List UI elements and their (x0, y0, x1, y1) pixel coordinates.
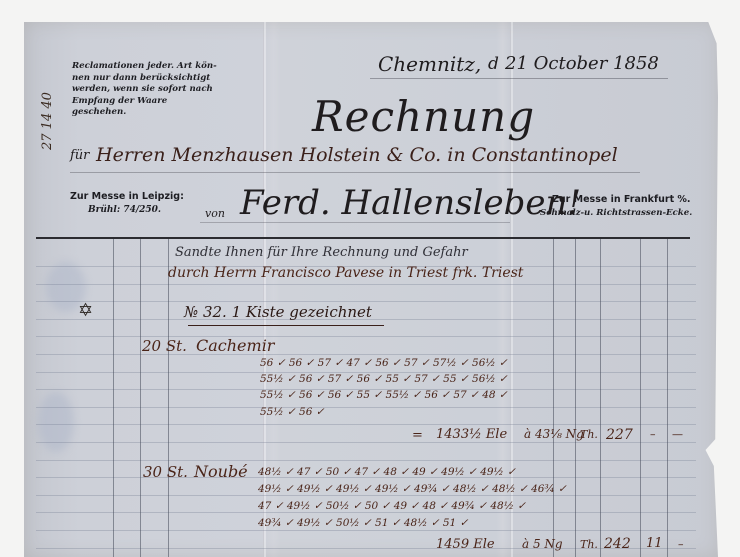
measure-line: 55½ ✓ 56 ✓ (260, 406, 325, 418)
measure-line: 49¾ ✓ 49½ ✓ 50½ ✓ 51 ✓ 48½ ✓ 51 ✓ (258, 517, 468, 529)
header-rule (36, 237, 690, 239)
column-line (168, 239, 169, 557)
ruled-line (36, 336, 696, 337)
notice-line: nen nur dann berücksichtigt (72, 73, 222, 85)
paper-stain (38, 392, 74, 452)
invoice-title: Rechnung (312, 92, 535, 141)
column-line (575, 239, 576, 557)
date-underline (370, 78, 668, 79)
column-line (553, 239, 554, 557)
ruled-line (36, 354, 696, 355)
sender-underline (200, 222, 510, 223)
date-prefix: d (488, 54, 499, 74)
item-currency: Th. (580, 428, 598, 441)
total-equals: = (412, 428, 423, 443)
column-line (640, 239, 641, 557)
ruled-line (36, 284, 696, 285)
column-line (113, 239, 114, 557)
column-line (140, 239, 141, 557)
reclamation-notice: Reclamationen jeder. Art kön- nen nur da… (72, 61, 222, 119)
column-line (667, 239, 668, 557)
sender-name: Ferd. Hallensleben! (240, 183, 581, 223)
item-amount: 227 (606, 427, 633, 443)
item-dash: — (672, 428, 683, 441)
measure-line: 47 ✓ 49½ ✓ 50½ ✓ 50 ✓ 49 ✓ 48 ✓ 49¾ ✓ 48… (258, 500, 526, 512)
package-underline (188, 325, 384, 326)
item-currency: Th. (580, 538, 598, 551)
shipment-intro: Sandte Ihnen für Ihre Rechnung und Gefah… (175, 245, 468, 260)
ruled-line (36, 407, 696, 408)
item-total-length: 1433½ Ele (436, 427, 507, 442)
recipient-underline (70, 172, 640, 173)
measure-line: 55½ ✓ 56 ✓ 57 ✓ 56 ✓ 55 ✓ 57 ✓ 55 ✓ 56½ … (260, 373, 508, 385)
ruled-line (36, 442, 696, 443)
sender-prefix: von (205, 207, 225, 220)
item-dash: – (678, 538, 684, 551)
item-amount: 242 (604, 536, 631, 552)
item-name: Cachemir (196, 336, 274, 355)
notice-line: Empfang der Waare geschehen. (72, 96, 222, 119)
shipping-route: durch Herrn Francisco Pavese in Triest f… (168, 265, 523, 281)
ruled-line (36, 512, 696, 513)
item-amount-sub: 11 (646, 536, 663, 551)
notice-line: werden, wenn sie sofort nach (72, 84, 222, 96)
ruled-line (36, 301, 696, 302)
margin-note: 27 14 40 (40, 92, 55, 150)
leipzig-fair-label: Zur Messe in Leipzig: (70, 191, 184, 202)
notice-line: Reclamationen jeder. Art kön- (72, 61, 222, 73)
item-name: Noubé (194, 462, 248, 481)
measure-line: 56 ✓ 56 ✓ 57 ✓ 47 ✓ 56 ✓ 57 ✓ 57½ ✓ 56½ … (260, 357, 508, 369)
item-rate: à 5 Ng (522, 537, 563, 551)
invoice-date: 21 October 1858 (505, 53, 659, 74)
ruled-line (36, 495, 696, 496)
ruled-line (36, 530, 696, 531)
leipzig-fair-address: Brühl: 74/250. (88, 205, 161, 215)
item-amount-sub: – (650, 428, 656, 441)
recipient-prefix: für (70, 148, 89, 163)
item-rate: à 43⅛ Ng (524, 427, 584, 441)
measure-line: 55½ ✓ 56 ✓ 56 ✓ 55 ✓ 55½ ✓ 56 ✓ 57 ✓ 48 … (260, 389, 508, 401)
star-mark: ✡ (78, 300, 93, 321)
recipient-name: Herren Menzhausen Holstein & Co. in Cons… (96, 144, 618, 166)
item-qty: 30 St. (143, 463, 188, 481)
item-qty: 20 St. (142, 337, 187, 355)
ruled-line (36, 460, 696, 461)
package-number: № 32. 1 Kiste gezeichnet (184, 303, 372, 321)
ruled-line (36, 424, 696, 425)
place: Chemnitz, (378, 52, 481, 76)
measure-line: 49½ ✓ 49½ ✓ 49½ ✓ 49½ ✓ 49¾ ✓ 48½ ✓ 48½ … (258, 483, 567, 495)
measure-line: 48½ ✓ 47 ✓ 50 ✓ 47 ✓ 48 ✓ 49 ✓ 49½ ✓ 49½… (258, 466, 516, 478)
item-total-length: 1459 Ele (436, 537, 495, 552)
column-line (600, 239, 601, 557)
